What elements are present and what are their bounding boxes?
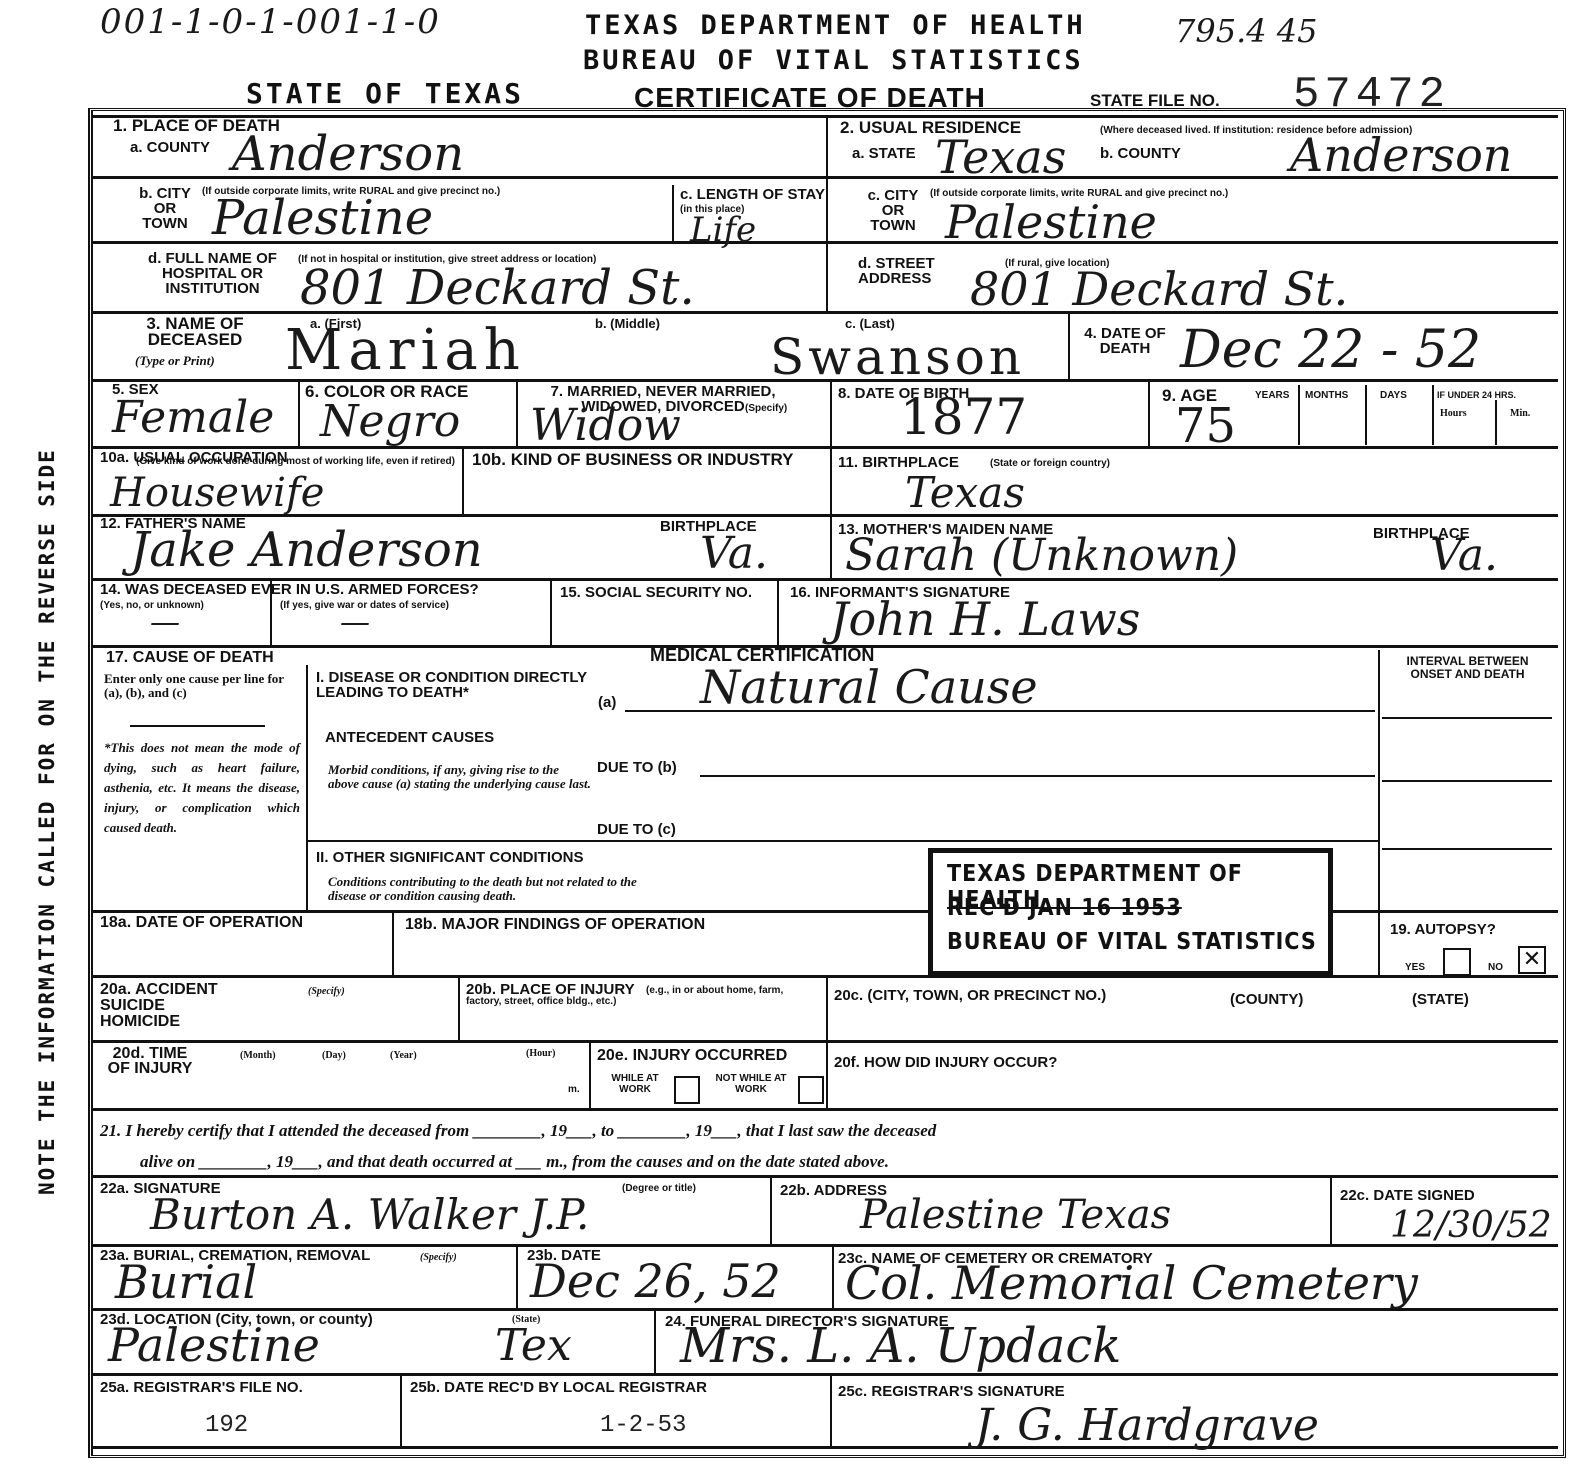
age-years-value: 75 (1175, 398, 1236, 454)
length-of-stay-label: c. LENGTH OF STAY (680, 187, 825, 202)
residence-city-value: Palestine (945, 195, 1157, 249)
death-county-value: Anderson (232, 126, 464, 182)
informant-signature: John H. Laws (830, 592, 1140, 646)
stamp-line-2: REC'D JAN 16 1953 (947, 895, 1182, 921)
injury-time-hour: (Hour) (526, 1048, 555, 1059)
agency-line-2: BUREAU OF VITAL STATISTICS (583, 45, 1084, 76)
residence-county-label: b. COUNTY (1100, 146, 1181, 161)
autopsy-yes-label: YES (1405, 962, 1425, 973)
father-birthplace-value: Va. (700, 528, 768, 579)
burial-state-value: Tex (495, 1320, 572, 1371)
occupation-hint: (Give kind of work done during most of w… (100, 456, 455, 467)
cause-of-death-label: 17. CAUSE OF DEATH (106, 650, 274, 665)
burial-date-value: Dec 26, 52 (530, 1254, 781, 1308)
autopsy-no-label: NO (1488, 962, 1503, 973)
handwritten-code: 001-1-0-1-001-1-0 (100, 2, 441, 42)
physician-address: Palestine Texas (860, 1192, 1171, 1238)
registrar-signature: J. G. Hardgrave (975, 1400, 1319, 1451)
state-heading: STATE OF TEXAS (246, 77, 524, 110)
hospital-value: 801 Deckard St. (300, 260, 695, 316)
cause-of-death-hint: Enter only one cause per line for (a), (… (104, 672, 300, 700)
funeral-director-signature: Mrs. L. A. Updack (680, 1318, 1121, 1374)
due-to-c-label: DUE TO (c) (597, 822, 676, 837)
certify-line-2: alive on ________, 19___, and that death… (140, 1155, 889, 1169)
injury-type-label: 20a. ACCIDENT SUICIDE HOMICIDE (100, 982, 240, 1030)
stamp-line-3: BUREAU OF VITAL STATISTICS (947, 929, 1317, 955)
operation-date-label: 18a. DATE OF OPERATION (100, 915, 303, 930)
reverse-side-note: NOTE THE INFORMATION CALLED FOR ON THE R… (35, 448, 59, 1195)
residence-state-label: a. STATE (852, 146, 916, 161)
interval-label: INTERVAL BETWEEN ONSET AND DEATH (1385, 655, 1550, 681)
length-of-stay-value: Life (690, 210, 756, 250)
residence-street-label: d. STREET ADDRESS (858, 256, 938, 286)
handwritten-ref: 795.4 45 (1175, 12, 1318, 50)
part2-hint: Conditions contributing to the death but… (328, 875, 668, 903)
state-file-label: STATE FILE NO. (1090, 93, 1220, 108)
date-signed-value: 12/30/52 (1390, 1205, 1552, 1246)
operation-findings-label: 18b. MAJOR FINDINGS OF OPERATION (405, 917, 705, 932)
autopsy-no-checkbox[interactable]: ✕ (1518, 946, 1546, 974)
antecedent-hint: Morbid conditions, if any, giving rise t… (328, 763, 593, 791)
mother-value: Sarah (Unknown) (845, 530, 1238, 581)
received-stamp: TEXAS DEPARTMENT OF HEALTH REC'D JAN 16 … (928, 848, 1333, 976)
death-city-label: b. CITY OR TOWN (130, 186, 200, 231)
age-sub-hours: Hours (1440, 408, 1467, 419)
injury-place-hint: (e.g., in or about home, farm, factory, … (466, 985, 816, 1007)
injury-time-label: 20d. TIME OF INJURY (100, 1046, 200, 1076)
death-city-value: Palestine (212, 190, 433, 246)
antecedent-label: ANTECEDENT CAUSES (325, 730, 494, 745)
autopsy-yes-checkbox[interactable] (1443, 948, 1471, 976)
industry-label: 10b. KIND OF BUSINESS OR INDUSTRY (472, 452, 793, 467)
armed-forces-label: 14. WAS DECEASED EVER IN U.S. ARMED FORC… (100, 582, 479, 597)
age-col-years: YEARS (1255, 390, 1289, 401)
death-county-label: a. COUNTY (130, 140, 210, 155)
burial-method-value: Burial (115, 1255, 257, 1309)
marital-value: Widow (530, 400, 681, 451)
burial-location-value: Palestine (108, 1318, 320, 1372)
armed-forces-answer-b: — (340, 605, 370, 640)
residence-county-value: Anderson (1290, 128, 1512, 182)
registrar-date-label: 25b. DATE REC'D BY LOCAL REGISTRAR (410, 1380, 707, 1395)
injury-state-label: (STATE) (1412, 992, 1469, 1007)
age-col-months: MONTHS (1305, 390, 1348, 401)
registrar-date-value: 1-2-53 (600, 1412, 686, 1439)
residence-city-label: c. CITY OR TOWN (858, 188, 928, 233)
injury-type-hint: (Specify) (308, 986, 345, 997)
deceased-name-hint: (Type or Print) (135, 354, 215, 368)
middle-name-label: b. (Middle) (595, 318, 660, 329)
not-while-at-work-label: NOT WHILE AT WORK (706, 1073, 796, 1095)
race-value: Negro (320, 396, 460, 447)
registrar-file-label: 25a. REGISTRAR'S FILE NO. (100, 1380, 303, 1395)
age-col-under-24: IF UNDER 24 HRS. (1437, 390, 1516, 401)
physician-signature: Burton A. Walker J.P. (150, 1190, 589, 1239)
cemetery-value: Col. Memorial Cemetery (845, 1256, 1418, 1310)
occupation-value: Housewife (110, 470, 324, 516)
birthplace-value: Texas (905, 468, 1025, 517)
injury-time-m: m. (568, 1084, 580, 1095)
injury-time-day: (Day) (322, 1050, 346, 1061)
residence-street-value: 801 Deckard St. (970, 262, 1348, 316)
while-at-work-checkbox[interactable] (674, 1076, 700, 1104)
age-sub-min: Min. (1510, 408, 1530, 419)
line-a-tag: (a) (598, 695, 616, 710)
ssn-label: 15. SOCIAL SECURITY NO. (560, 585, 752, 600)
certify-line-1: 21. I hereby certify that I attended the… (100, 1124, 936, 1138)
date-of-death-value: Dec 22 - 52 (1180, 320, 1481, 380)
registrar-signature-label: 25c. REGISTRAR'S SIGNATURE (838, 1384, 1065, 1399)
injury-time-month: (Month) (240, 1050, 276, 1061)
part2-label: II. OTHER SIGNIFICANT CONDITIONS (316, 850, 584, 865)
injury-occurred-label: 20e. INJURY OCCURRED (597, 1048, 787, 1063)
not-while-at-work-checkbox[interactable] (798, 1076, 824, 1104)
mother-birthplace-value: Va. (1430, 530, 1498, 581)
cause-footnote: *This does not mean the mode of dying, s… (104, 738, 300, 838)
armed-forces-answer-a: — (150, 605, 180, 640)
residence-state-value: Texas (935, 130, 1066, 184)
first-name-value: Mariah (285, 318, 526, 383)
injury-city-label: 20c. (CITY, TOWN, OR PRECINCT NO.) (834, 988, 1106, 1003)
date-of-death-label: 4. DATE OF DEATH (1080, 326, 1170, 356)
registrar-file-value: 192 (205, 1412, 248, 1439)
due-to-b-label: DUE TO (b) (597, 760, 677, 775)
hospital-label: d. FULL NAME OF HOSPITAL OR INSTITUTION (130, 251, 295, 296)
how-injury-label: 20f. HOW DID INJURY OCCUR? (834, 1055, 1057, 1070)
deceased-name-label: 3. NAME OF DECEASED (125, 316, 265, 348)
age-col-days: DAYS (1380, 390, 1407, 401)
burial-method-hint: (Specify) (420, 1252, 457, 1263)
father-value: Jake Anderson (130, 522, 483, 578)
marital-hint: (Specify) (745, 403, 787, 414)
dob-value: 1877 (900, 388, 1027, 446)
agency-line-1: TEXAS DEPARTMENT OF HEALTH (585, 10, 1086, 41)
last-name-value: Swanson (770, 328, 1025, 386)
degree-label: (Degree or title) (622, 1183, 696, 1194)
line-a-value: Natural Cause (700, 660, 1038, 714)
autopsy-label: 19. AUTOPSY? (1390, 922, 1496, 937)
part1-label: I. DISEASE OR CONDITION DIRECTLY LEADING… (316, 670, 596, 700)
injury-time-year: (Year) (390, 1050, 417, 1061)
date-signed-label: 22c. DATE SIGNED (1340, 1188, 1475, 1203)
sex-value: Female (112, 392, 274, 443)
while-at-work-label: WHILE AT WORK (598, 1073, 672, 1095)
injury-county-label: (COUNTY) (1230, 992, 1303, 1007)
